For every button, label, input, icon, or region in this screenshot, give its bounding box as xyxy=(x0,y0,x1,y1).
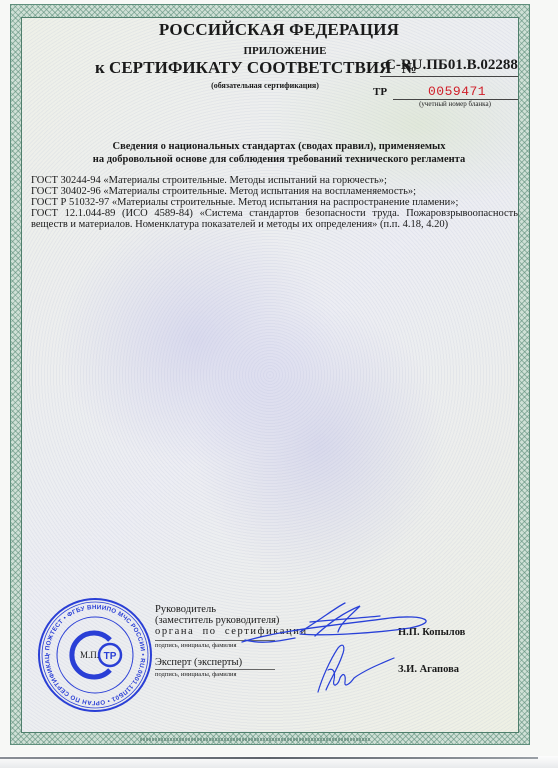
standards-list: ГОСТ 30244-94 «Материалы строительные. М… xyxy=(31,175,518,230)
expert-name: З.И. Агапова xyxy=(398,664,459,675)
standard-item: ГОСТ Р 51032-97 «Материалы строительные.… xyxy=(31,197,518,208)
certificate-number-underline xyxy=(380,76,518,77)
expert-role: Эксперт (эксперты) xyxy=(155,657,242,668)
stamp-place-label: М.П. xyxy=(80,650,99,660)
expert-signature xyxy=(310,640,400,695)
certification-type: (обязательная сертификация) xyxy=(190,81,340,90)
certificate-number: C-RU.ПБ01.B.02288 xyxy=(385,57,518,74)
blank-number: 0059471 xyxy=(428,84,486,99)
standard-item: ГОСТ 30402-96 «Материалы строительные. М… xyxy=(31,186,518,197)
appendix-heading: ПРИЛОЖЕНИЕ xyxy=(215,45,355,57)
section-title-line: на добровольной основе для соблюдения тр… xyxy=(0,153,558,166)
section-title: Сведения о национальных стандартах (свод… xyxy=(0,140,558,166)
standard-item-continuation: веществ и материалов. Номенклатура показ… xyxy=(31,219,518,230)
page-edge-shadow xyxy=(0,756,558,768)
blank-number-caption: (учетный номер бланка) xyxy=(390,100,520,108)
tp-label: ТР xyxy=(373,86,387,98)
certificate-title-text: к СЕРТИФИКАТУ СООТВЕТСТВИЯ xyxy=(95,58,391,77)
country-heading: РОССИЙСКАЯ ФЕДЕРАЦИЯ xyxy=(0,20,558,40)
microprint-line xyxy=(140,738,370,741)
certificate-title: к СЕРТИФИКАТУ СООТВЕТСТВИЯ № xyxy=(95,58,417,78)
seal-stamp: • ПОЖТЕСТ • ФГБУ ВНИИПО МЧС РОССИИ • RU.… xyxy=(36,596,154,714)
standard-item: ГОСТ 12.1.044-89 (ИСО 4589-84) «Система … xyxy=(31,208,518,219)
standard-item: ГОСТ 30244-94 «Материалы строительные. М… xyxy=(31,175,518,186)
expert-signature-caption: подпись, инициалы, фамилия xyxy=(155,669,275,678)
seal-logo-text: ТР xyxy=(104,651,117,662)
section-title-line: Сведения о национальных стандартах (свод… xyxy=(0,140,558,153)
